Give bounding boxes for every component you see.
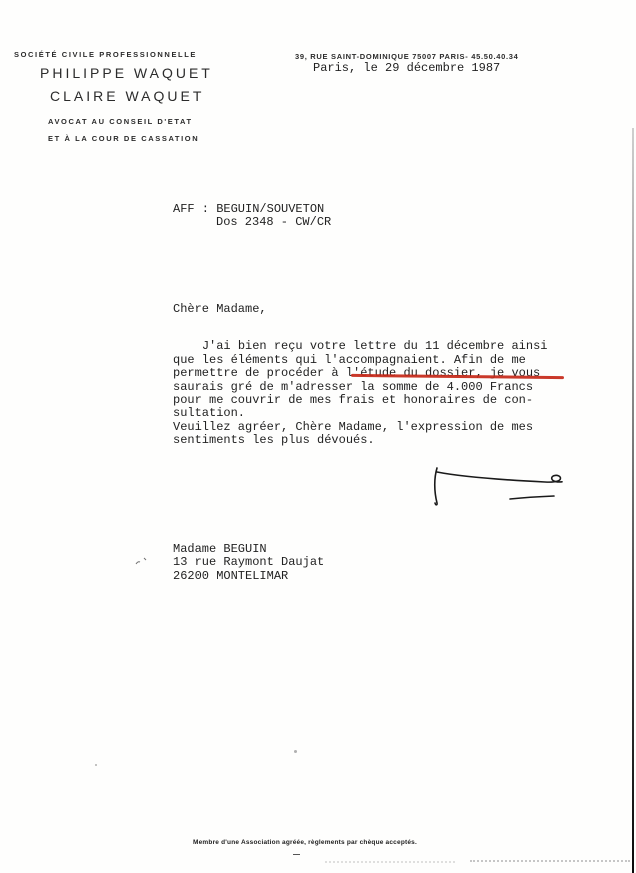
scan-edge-line	[632, 128, 634, 873]
dust-speck-1	[294, 750, 297, 753]
footer-note: Membre d'une Association agréée, règleme…	[193, 839, 417, 846]
role-line-2: ET À LA COUR DE CASSATION	[48, 134, 213, 143]
para1-text-after: pour me couvrir de mes frais et honorair…	[173, 393, 533, 420]
amount-underlined-text: la somme de 4.000 Francs	[360, 380, 533, 394]
case-reference-line1: AFF : BEGUIN/SOUVETON	[173, 203, 331, 216]
recipient-block: Madame BEGUIN 13 rue Raymont Daujat 2620…	[173, 543, 324, 583]
dust-speck-2	[95, 764, 97, 766]
footer-dash	[293, 854, 300, 855]
recipient-name: Madame BEGUIN	[173, 543, 324, 556]
handwritten-signature	[423, 458, 588, 513]
case-reference-line2: Dos 2348 - CW/CR	[173, 216, 331, 229]
case-reference: AFF : BEGUIN/SOUVETON Dos 2348 - CW/CR	[173, 203, 331, 230]
recipient-street: 13 rue Raymont Daujat	[173, 556, 324, 569]
signature-icon	[423, 458, 588, 513]
lawyer-name-secondary: CLAIRE WAQUET	[50, 88, 213, 104]
date-line: Paris, le 29 décembre 1987	[313, 62, 500, 75]
scan-speckle-2	[325, 861, 455, 865]
firm-address-line: 39, RUE SAINT-DOMINIQUE 75007 PARIS- 45.…	[295, 52, 519, 61]
role-line-1: AVOCAT AU CONSEIL D'ETAT	[48, 117, 213, 126]
pen-mark	[134, 556, 148, 566]
letter-page: SOCIÉTÉ CIVILE PROFESSIONNELLE PHILIPPE …	[0, 0, 636, 873]
recipient-city: 26200 MONTELIMAR	[173, 570, 324, 583]
salutation: Chère Madame,	[173, 303, 267, 316]
pen-mark-icon	[134, 556, 148, 566]
scan-speckle-1	[470, 860, 630, 864]
firm-type-label: SOCIÉTÉ CIVILE PROFESSIONNELLE	[14, 50, 213, 59]
body-paragraph-2: Veuillez agréer, Chère Madame, l'express…	[173, 421, 533, 448]
lawyer-name-primary: PHILIPPE WAQUET	[40, 65, 213, 81]
letterhead: SOCIÉTÉ CIVILE PROFESSIONNELLE PHILIPPE …	[14, 50, 213, 143]
